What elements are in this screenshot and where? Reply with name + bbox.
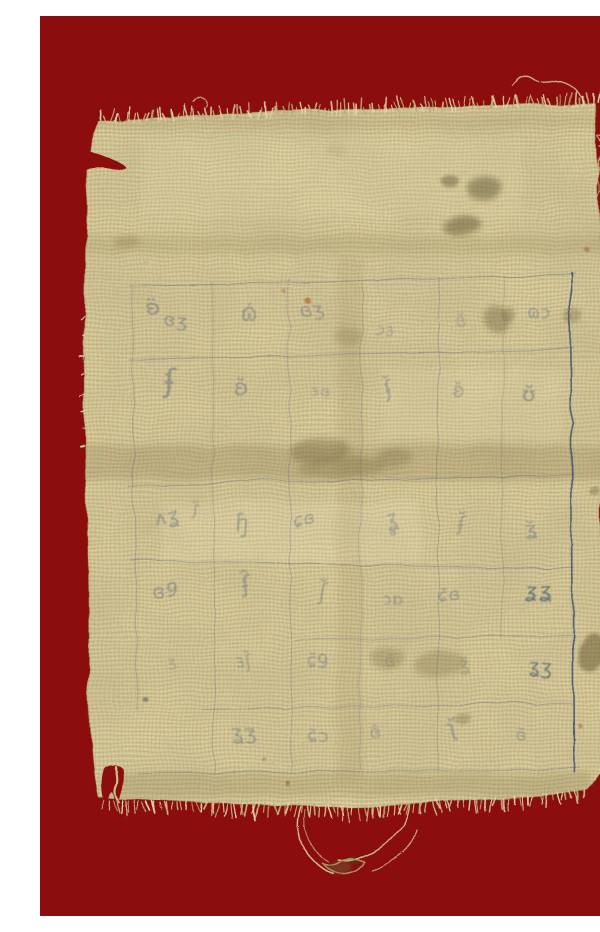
fringe-thread	[81, 428, 84, 429]
script-glyph: ʊ̆	[520, 380, 534, 404]
fringe-thread	[154, 798, 155, 813]
script-glyph: ʄ̆	[455, 508, 465, 534]
stain	[284, 778, 288, 782]
crease-shadow	[70, 234, 600, 252]
stain	[582, 245, 587, 250]
fringe-thread	[559, 93, 560, 105]
stain	[563, 309, 581, 323]
script-glyph: ɕ̆ɔ	[305, 723, 328, 745]
script-glyph: ɷ̒	[237, 299, 256, 326]
script-glyph: ɞʒ	[160, 308, 188, 333]
fringe-thread	[227, 107, 228, 115]
fringe-thread	[311, 802, 312, 813]
stain	[372, 447, 412, 465]
fringe-thread	[384, 96, 385, 108]
fringe-thread	[267, 803, 268, 815]
photo-canvas: ʚ̈ɞʒɷ̒ɞʒɔɜɞ̆ɷɔʒʄʚ̆ɜɞʄ̆ʚ̆ʊ̆ʌʓʃ̎ɧɕɞʓ̻ʄ̆ʓ̆ɞ…	[40, 16, 600, 916]
fringe-thread	[185, 799, 186, 808]
fringe-thread	[125, 110, 126, 119]
fringe-thread	[264, 101, 265, 115]
script-glyph: ɔɜ	[372, 317, 394, 339]
fringe-thread	[221, 799, 222, 809]
script-glyph: ɜɞ	[308, 381, 329, 400]
fringe-thread	[134, 797, 135, 811]
script-glyph: ɕɞ	[290, 507, 315, 529]
stain	[587, 486, 597, 494]
fringe-thread	[391, 803, 392, 814]
script-glyph: ʓʒ	[527, 652, 554, 678]
fringe-thread	[573, 92, 574, 104]
script-glyph: ɕ̆9	[304, 651, 328, 673]
script-glyph: ʚ̆	[232, 374, 248, 399]
artifact-photo: Photograph of an antique handwoven tan c…	[40, 16, 600, 916]
stain	[332, 326, 360, 344]
stain	[324, 143, 346, 155]
fringe-thread	[78, 446, 82, 447]
script-glyph: ʓ̆	[523, 516, 536, 539]
stain	[260, 756, 264, 760]
script-glyph: ɞ̆	[513, 724, 525, 744]
fringe-thread	[191, 799, 192, 809]
crease-shadow	[100, 772, 590, 794]
fringe-thread	[289, 103, 290, 114]
script-glyph: ʚ̆	[449, 377, 464, 400]
fringe-thread	[506, 793, 507, 808]
script-glyph: ɞ̑	[366, 722, 379, 742]
stain	[500, 304, 514, 320]
fringe-thread	[542, 97, 543, 105]
script-glyph: ɞ̆	[453, 309, 465, 328]
fringe-thread	[180, 799, 181, 809]
fringe-thread	[237, 104, 238, 114]
fringe-thread	[527, 794, 528, 802]
stain	[453, 711, 469, 721]
script-glyph: ɕ̆ɞ	[435, 584, 458, 605]
fringe-thread	[80, 373, 82, 374]
cloth: ʚ̈ɞʒɷ̒ɞʒɔɜɞ̆ɷɔʒʄʚ̆ɜɞʄ̆ʚ̆ʊ̆ʌʓʃ̎ɧɕɞʓ̻ʄ̆ʓ̆ɞ…	[70, 73, 600, 874]
fringe-thread	[274, 102, 275, 113]
script-glyph: ɞ9	[150, 578, 177, 601]
fringe-thread	[316, 804, 317, 815]
fringe-thread	[209, 801, 210, 813]
stain	[368, 645, 402, 667]
fringe-thread	[107, 799, 108, 808]
script-glyph: ʓʓ	[524, 576, 551, 601]
fringe-thread	[358, 97, 359, 111]
script-glyph: ɔɒ	[381, 587, 402, 606]
fringe-thread	[210, 800, 211, 810]
fringe-thread	[546, 792, 547, 806]
fringe-thread	[370, 101, 371, 109]
fringe-thread	[199, 801, 200, 810]
script-glyph: ʒ	[166, 651, 176, 669]
script-glyph: ʓʒ	[230, 719, 257, 745]
fringe-thread	[591, 93, 592, 104]
fringe-thread	[79, 354, 82, 355]
script-glyph: ɜʃ̆	[233, 648, 252, 672]
script-glyph: ɧ	[233, 510, 250, 537]
stain	[140, 694, 146, 699]
fringe-thread	[561, 791, 562, 799]
stain	[305, 296, 311, 303]
fringe-thread	[485, 796, 486, 808]
stain	[576, 722, 580, 726]
fringe-thread	[370, 805, 371, 815]
fringe-thread	[470, 798, 471, 808]
script-glyph: ʃ̆	[316, 578, 326, 604]
fringe-thread	[445, 801, 446, 809]
script-glyph: ɷɔ	[525, 300, 550, 322]
stain	[281, 287, 285, 291]
